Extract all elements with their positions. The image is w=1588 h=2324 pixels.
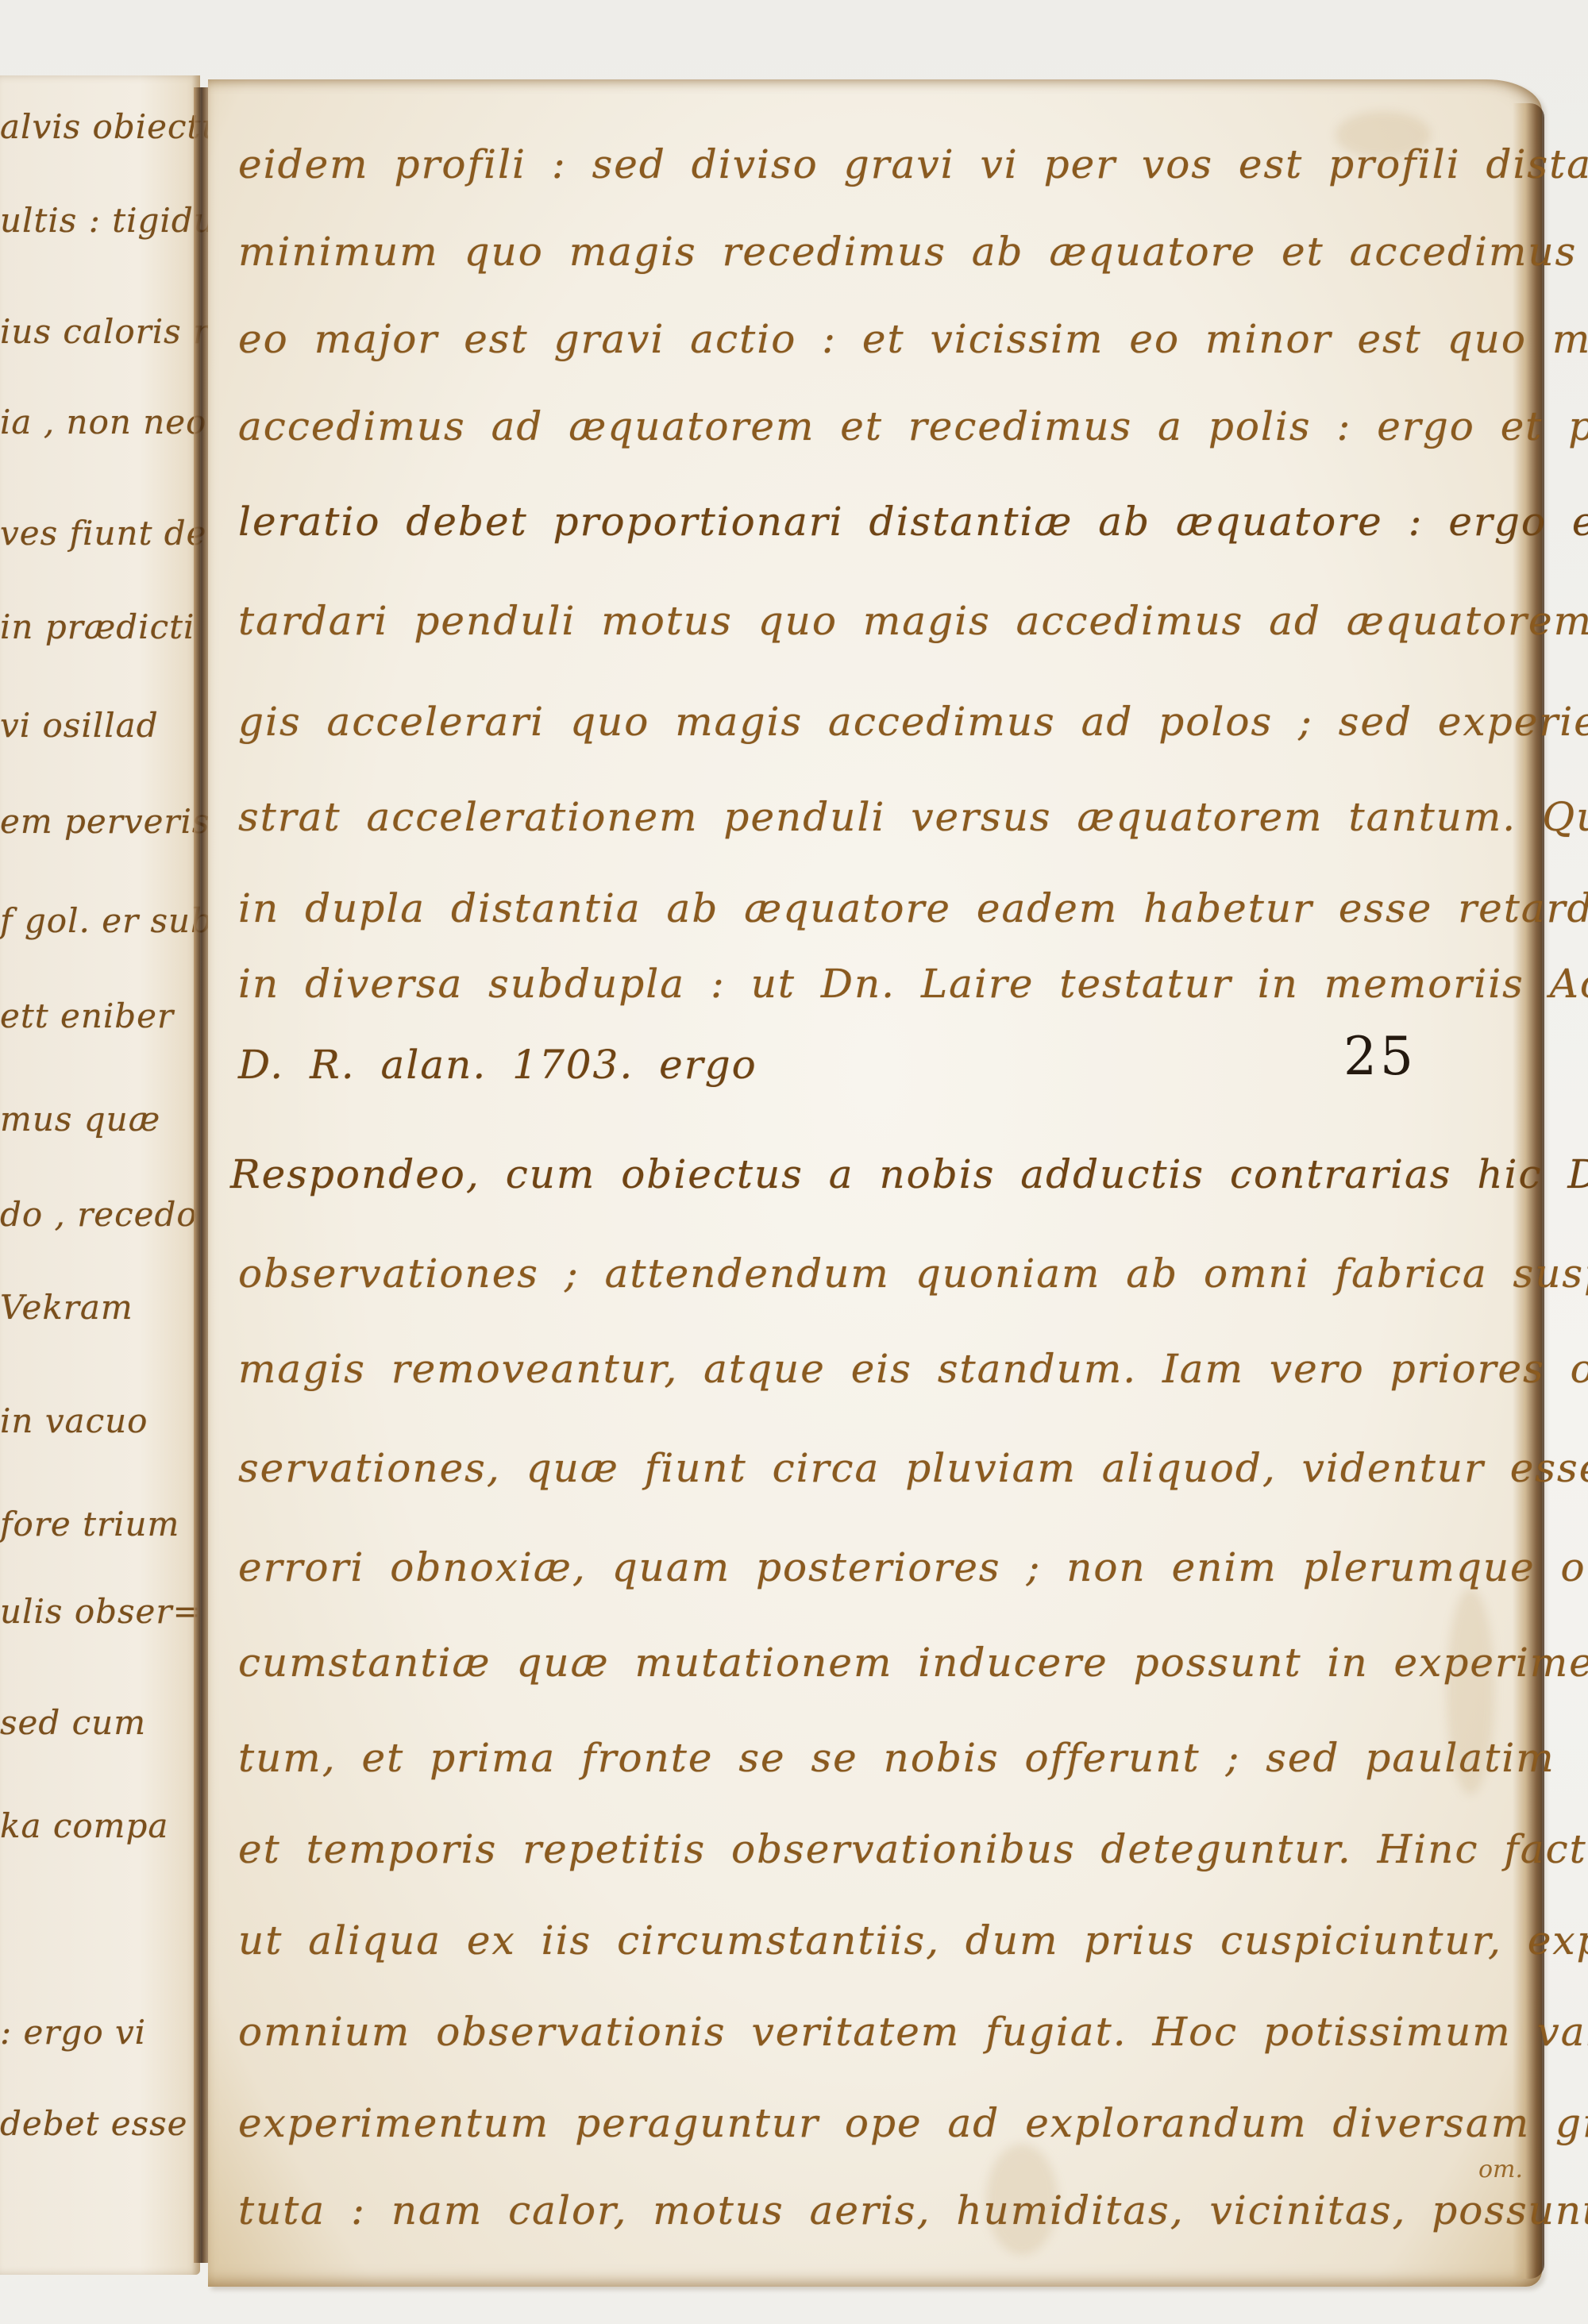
manuscript-line: et temporis repetitis observationibus de… bbox=[238, 1826, 1588, 1872]
manuscript-line: tum, et prima fronte se se nobis offerun… bbox=[238, 1735, 1555, 1781]
manuscript-line: eo major est gravi actio : et vicissim e… bbox=[238, 316, 1588, 362]
manuscript-line: minimum quo magis recedimus ab æquatore … bbox=[238, 229, 1588, 275]
manuscript-line: in dupla distantia ab æquatore eadem hab… bbox=[238, 885, 1588, 931]
manuscript-line: Respondeo, cum obiectus a nobis adductis… bbox=[230, 1151, 1588, 1197]
manuscript-line: experimentum peraguntur ope ad explorand… bbox=[238, 2100, 1588, 2146]
left-page-fragment: : ergo vi bbox=[0, 2013, 146, 2052]
left-page-fragment: ett eniber bbox=[0, 996, 174, 1035]
left-page-fragment: debet esse bbox=[0, 2104, 188, 2143]
manuscript-line: servationes, quæ fiunt circa pluviam ali… bbox=[238, 1445, 1588, 1491]
folio-number: 25 bbox=[1343, 1026, 1416, 1087]
manuscript-line: ut aliqua ex iis circumstantiis, dum pri… bbox=[238, 1917, 1588, 1964]
left-page-fragment: Vekram bbox=[0, 1288, 133, 1327]
manuscript-line: eidem profili : sed diviso gravi vi per … bbox=[238, 141, 1588, 187]
left-page-fragment: vi osillad bbox=[0, 706, 159, 745]
manuscript-date-line: D. R. alan. 1703. ergo bbox=[238, 1042, 757, 1088]
margin-note: om. bbox=[1478, 2156, 1523, 2183]
left-page-fragment: ka compa bbox=[0, 1806, 168, 1845]
manuscript-line: gis accelerari quo magis accedimus ad po… bbox=[238, 699, 1588, 745]
manuscript-line: tardari penduli motus quo magis accedimu… bbox=[238, 598, 1588, 644]
manuscript-line: tuta : nam calor, motus aeris, humiditas… bbox=[238, 2187, 1588, 2233]
left-page-fragment: in vacuo bbox=[0, 1401, 148, 1440]
manuscript-line: errori obnoxiæ, quam posteriores ; non e… bbox=[238, 1544, 1588, 1590]
manuscript-line: cumstantiæ quæ mutationem inducere possu… bbox=[238, 1640, 1588, 1686]
left-facing-page: alvis obiectu ultis : tigidum ius calori… bbox=[0, 75, 200, 2275]
left-page-fragment: f gol. er sub bbox=[0, 901, 213, 940]
left-page-fragment: sed cum bbox=[0, 1703, 146, 1742]
manuscript-line: accedimus ad æquatorem et recedimus a po… bbox=[238, 403, 1588, 449]
manuscript-line: magis removeantur, atque eis standum. Ia… bbox=[238, 1346, 1588, 1392]
left-page-fragment: mus quæ bbox=[0, 1100, 160, 1139]
left-page-fragment: ulis obser= bbox=[0, 1592, 202, 1631]
left-page-fragment: fore trium bbox=[0, 1505, 179, 1544]
manuscript-line: in diversa subdupla : ut Dn. Laire testa… bbox=[238, 961, 1588, 1007]
left-page-fragment: alvis obiectu bbox=[0, 107, 223, 146]
manuscript-line: strat accelerationem penduli versus æqua… bbox=[238, 794, 1588, 840]
left-page-fragment: do , recedo bbox=[0, 1195, 198, 1234]
manuscript-line: omnium observationis veritatem fugiat. H… bbox=[238, 2009, 1588, 2055]
manuscript-line: observationes ; attendendum quoniam ab o… bbox=[238, 1251, 1588, 1297]
left-page-fragment: in prædicti bbox=[0, 607, 195, 646]
left-page-fragment: ves fiunt dec bbox=[0, 514, 226, 553]
manuscript-line: leratio debet proportionari distantiæ ab… bbox=[238, 499, 1588, 545]
